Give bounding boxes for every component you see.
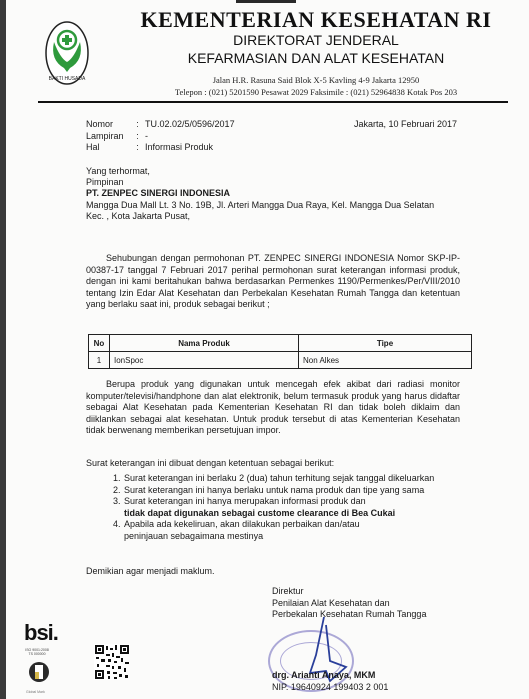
closing-line: Demikian agar menjadi maklum. [86,566,215,576]
meta-row-nomor: Nomor : TU.02.02/5/0596/2017 [86,119,235,131]
paragraph-text: Berupa produk yang digunakan untuk mence… [86,379,460,435]
item-text: Apabila ada kekeliruan, akan dilakukan p… [124,519,374,542]
addressee-address-line2: Kec. , Kota Jakarta Pusat, [86,211,434,222]
item-bold-text: tidak dapat digunakan sebagai custome cl… [124,508,395,518]
signatory-unit-line1: Penilaian Alat Kesehatan dan [272,598,426,610]
meta-row-hal: Hal : Informasi Produk [86,142,235,154]
terms-intro: Surat keterangan ini dibuat dengan keten… [86,458,334,468]
ministry-title: KEMENTERIAN KESEHATAN RI [111,7,521,33]
header-type: Tipe [299,335,472,352]
list-item: 2.Surat keterangan ini hanya berlaku unt… [113,485,434,497]
qr-code-icon [94,644,130,680]
meta-sep: : [130,119,145,131]
bsi-logo: bsi. [24,620,58,646]
badge-caption: Global Mark [26,690,45,694]
scan-edge [236,0,296,3]
table-row: 1 IonSpoc Non Alkes [89,352,472,369]
bsi-caption: ISO 9001:2008 TS 000000 [24,648,50,656]
cell-product-name: IonSpoc [110,352,299,369]
letter-date: Jakarta, 10 Februari 2017 [354,119,457,129]
addressee-company: PT. ZENPEC SINERGI INDONESIA [86,188,434,199]
directorate-subtitle: KEFARMASIAN DAN ALAT KESEHATAN [126,50,506,66]
letter-meta: Nomor : TU.02.02/5/0596/2017 Lampiran : … [86,119,235,154]
meta-value: TU.02.02/5/0596/2017 [145,119,235,131]
addressee-role: Pimpinan [86,177,434,188]
terms-list: 1.Surat keterangan ini berlaku 2 (dua) t… [113,473,434,542]
product-table: No Nama Produk Tipe 1 IonSpoc Non Alkes [88,334,472,369]
greeting: Yang terhormat, [86,166,434,177]
body-paragraph-2: Berupa produk yang digunakan untuk mence… [86,379,460,437]
item-number: 4. [113,519,124,542]
letter-page: BAKTI HUSADA KEMENTERIAN KESEHATAN RI DI… [6,0,529,699]
list-item: 4.Apabila ada kekeliruan, akan dilakukan… [113,519,434,542]
directorate-title: DIREKTORAT JENDERAL [126,32,506,48]
letterhead-contact: Telepon : (021) 5201590 Pesawat 2029 Fak… [126,87,506,97]
letterhead-address: Jalan H.R. Rasuna Said Blok X-5 Kavling … [126,75,506,85]
item-number: 1. [113,473,124,485]
bakti-husada-logo-icon: BAKTI HUSADA [44,20,90,86]
signatory-position: Direktur [272,586,426,598]
meta-sep: : [130,131,145,143]
meta-label: Nomor [86,119,130,131]
addressee-address-line1: Mangga Dua Mall Lt. 3 No. 19B, Jl. Arter… [86,200,434,211]
letterhead-divider [38,101,508,103]
item-text: Surat keterangan ini hanya merupakan inf… [124,496,366,506]
paragraph-text: Sehubungan dengan permohonan PT. ZENPEC … [86,253,460,309]
item-number: 3. [113,496,124,519]
signatory-block: drg. Arianti Anaya, MKM NIP. 19640924 19… [272,670,388,693]
table-header-row: No Nama Produk Tipe [89,335,472,352]
svg-text:BAKTI HUSADA: BAKTI HUSADA [49,76,86,82]
meta-label: Hal [86,142,130,154]
meta-sep: : [130,142,145,154]
meta-value: - [145,131,148,143]
signatory-nip: NIP. 19640924 199403 2 001 [272,682,388,694]
meta-row-lampiran: Lampiran : - [86,131,235,143]
meta-value: Informasi Produk [145,142,213,154]
body-paragraph-1: Sehubungan dengan permohonan PT. ZENPEC … [86,253,460,311]
meta-label: Lampiran [86,131,130,143]
item-text: Surat keterangan ini hanya berlaku untuk… [124,485,424,497]
header-product-name: Nama Produk [110,335,299,352]
item-number: 2. [113,485,124,497]
cell-type: Non Alkes [299,352,472,369]
addressee-block: Yang terhormat, Pimpinan PT. ZENPEC SINE… [86,166,434,222]
header-no: No [89,335,110,352]
list-item: 3.Surat keterangan ini hanya merupakan i… [113,496,434,519]
item-text: Surat keterangan ini berlaku 2 (dua) tah… [124,473,434,485]
signatory-name: drg. Arianti Anaya, MKM [272,670,388,682]
list-item: 1.Surat keterangan ini berlaku 2 (dua) t… [113,473,434,485]
cell-no: 1 [89,352,110,369]
global-mark-badge-icon [28,660,50,686]
